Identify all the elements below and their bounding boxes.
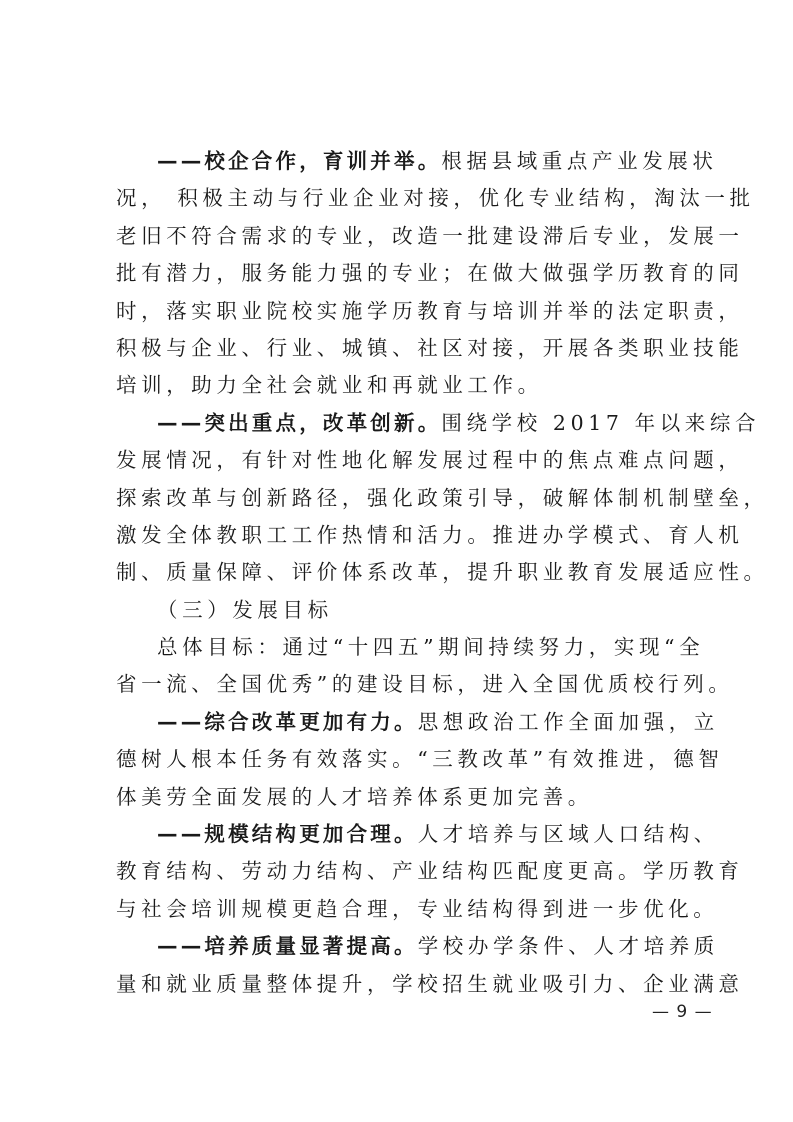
paragraph-scale-text: 人才培养与区域人口结构、 <box>418 822 719 846</box>
paragraph-reform-lead: ——综合改革更加有力。 <box>157 710 418 734</box>
paragraph-2-lead: ——突出重点，改革创新。 <box>157 411 441 435</box>
page-number: — 9 — <box>652 1002 713 1022</box>
paragraph-quality-text: 学校办学条件、人才培养质 <box>418 934 719 958</box>
paragraph-scale-lead: ——规模结构更加合理。 <box>157 822 418 846</box>
overall-goal-line-1: 总体目标：通过“十四五”期间持续努力，实现“全 <box>116 629 686 666</box>
paragraph-1-line-7: 培训，助力全社会就业和再就业工作。 <box>116 367 686 404</box>
paragraph-1-line-4: 批有潜力，服务能力强的专业；在做大做强学历教育的同 <box>116 255 686 292</box>
paragraph-1-lead: ——校企合作，育训并举。 <box>157 149 441 173</box>
document-body: ——校企合作，育训并举。根据县域重点产业发展状 况， 积极主动与行业企业对接，优… <box>116 143 686 1003</box>
paragraph-2-line-5: 制、质量保障、评价体系改革，提升职业教育发展适应性。 <box>116 554 686 591</box>
section-heading: （三）发展目标 <box>116 592 686 629</box>
paragraph-reform-text: 思想政治工作全面加强，立 <box>418 710 719 734</box>
paragraph-reform-line-2: 德树人根本任务有效落实。“三教改革”有效推进，德智 <box>116 741 686 778</box>
paragraph-quality-line-2: 量和就业质量整体提升，学校招生就业吸引力、企业满意 <box>116 966 686 1003</box>
document-page: ——校企合作，育训并举。根据县域重点产业发展状 况， 积极主动与行业企业对接，优… <box>0 0 793 1122</box>
paragraph-2-line-2: 发展情况，有针对性地化解发展过程中的焦点难点问题， <box>116 442 686 479</box>
paragraph-scale-line-3: 与社会培训规模更趋合理，专业结构得到进一步优化。 <box>116 891 686 928</box>
paragraph-reform-line-3: 体美劳全面发展的人才培养体系更加完善。 <box>116 779 686 816</box>
paragraph-1-line-2: 况， 积极主动与行业企业对接，优化专业结构，淘汰一批 <box>116 180 686 217</box>
paragraph-scale-line-2: 教育结构、劳动力结构、产业结构匹配度更高。学历教育 <box>116 853 686 890</box>
paragraph-1-line-3: 老旧不符合需求的专业，改造一批建设滞后专业，发展一 <box>116 218 686 255</box>
overall-goal-line-2: 省一流、全国优秀”的建设目标，进入全国优质校行列。 <box>116 666 686 703</box>
paragraph-reform-line-1: ——综合改革更加有力。思想政治工作全面加强，立 <box>116 704 686 741</box>
paragraph-2-line-1: ——突出重点，改革创新。围绕学校 2017 年以来综合 <box>116 405 686 442</box>
paragraph-1-line-6: 积极与企业、行业、城镇、社区对接，开展各类职业技能 <box>116 330 686 367</box>
paragraph-quality-line-1: ——培养质量显著提高。学校办学条件、人才培养质 <box>116 928 686 965</box>
paragraph-1-line-5: 时，落实职业院校实施学历教育与培训并举的法定职责， <box>116 293 686 330</box>
paragraph-quality-lead: ——培养质量显著提高。 <box>157 934 418 958</box>
paragraph-1-line-1: ——校企合作，育训并举。根据县域重点产业发展状 <box>116 143 686 180</box>
paragraph-scale-line-1: ——规模结构更加合理。人才培养与区域人口结构、 <box>116 816 686 853</box>
paragraph-2-line-3: 探索改革与创新路径，强化政策引导，破解体制机制壁垒， <box>116 480 686 517</box>
paragraph-2-text: 围绕学校 2017 年以来综合 <box>441 411 760 435</box>
paragraph-2-line-4: 激发全体教职工工作热情和活力。推进办学模式、育人机 <box>116 517 686 554</box>
paragraph-1-text: 根据县域重点产业发展状 <box>441 149 717 173</box>
